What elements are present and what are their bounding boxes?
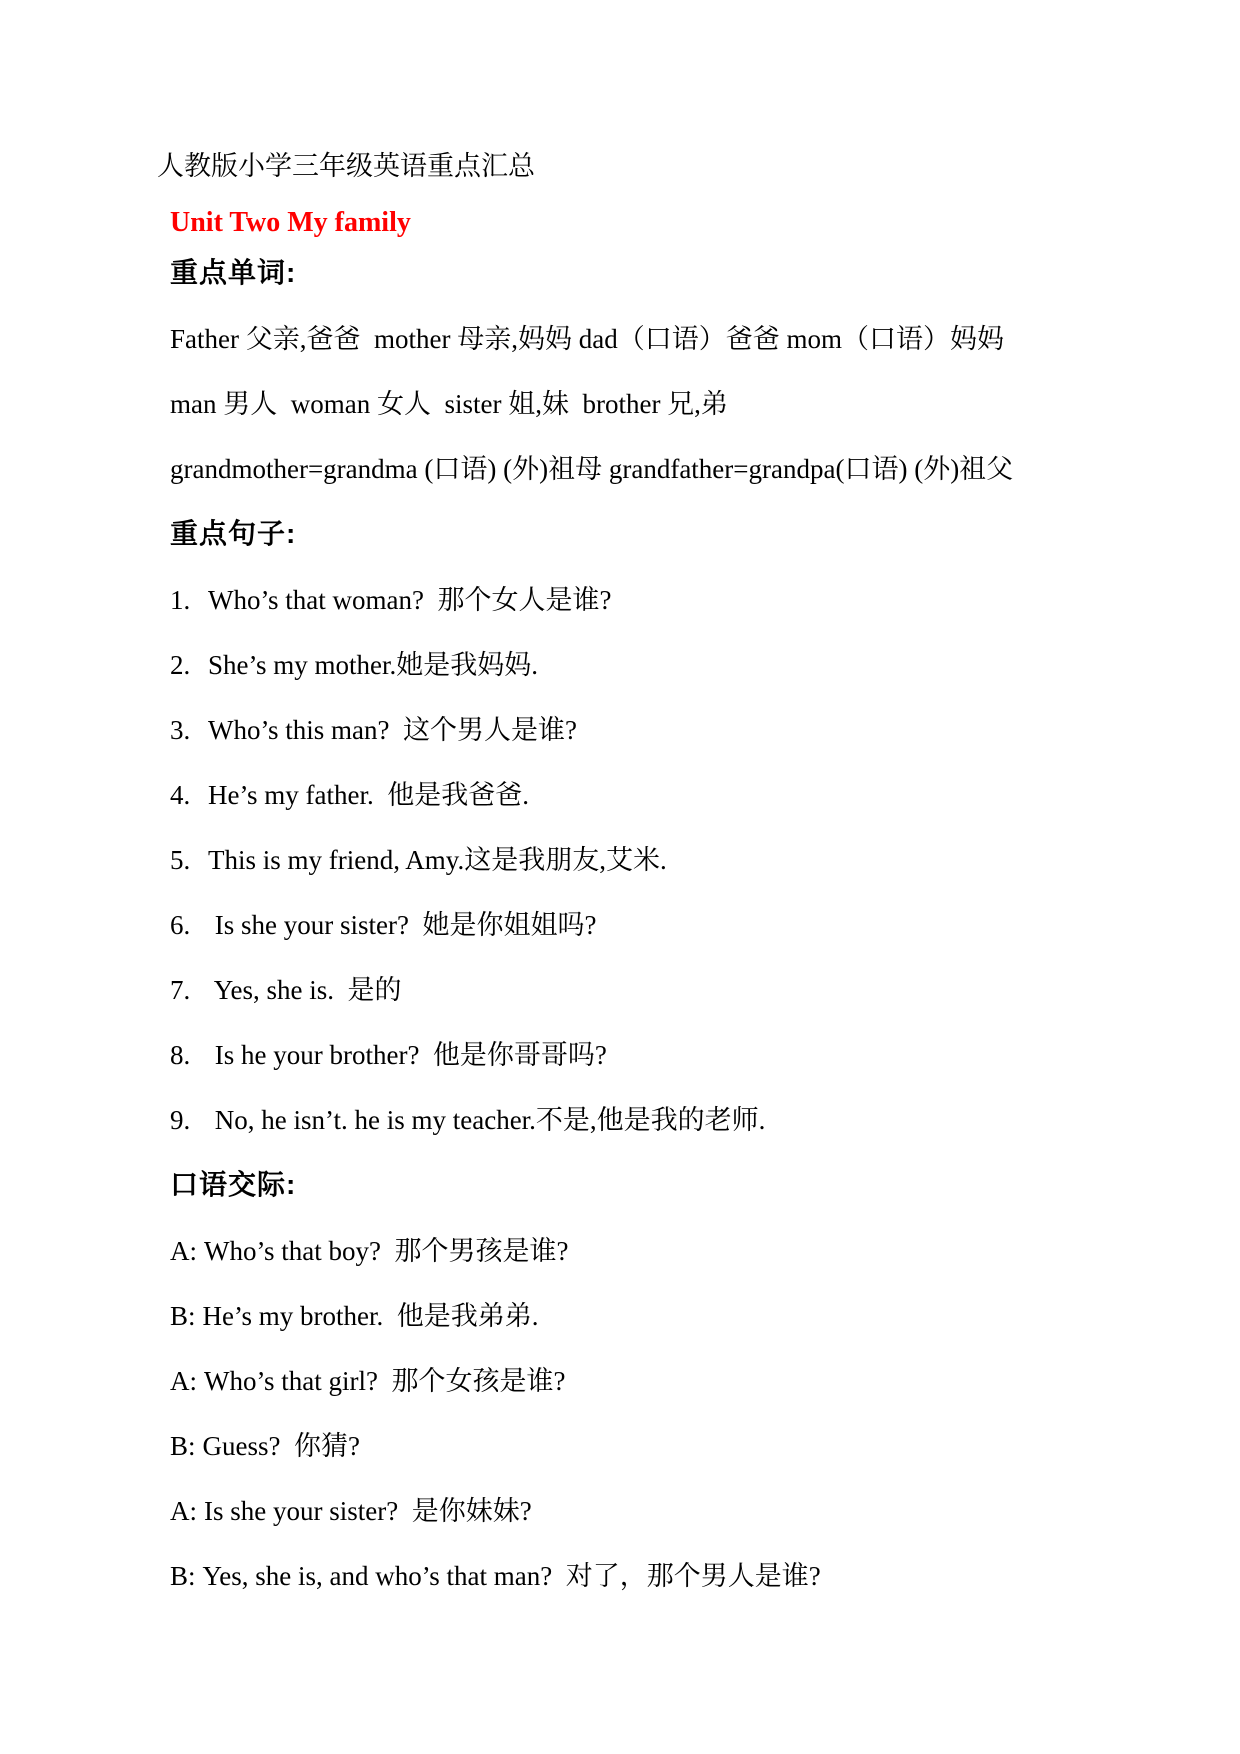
word-line: grandmother=grandma (口语) (外)祖母 grandfath…: [170, 454, 1200, 485]
item-number: 1.: [170, 585, 208, 616]
sentence-item: 3.Who’s this man? 这个男人是谁?: [170, 715, 1200, 746]
speaker-label: B:: [170, 1561, 196, 1591]
document-page: 人教版小学三年级英语重点汇总 Unit Two My family 重点单词: …: [0, 0, 1240, 1754]
item-number: 2.: [170, 650, 208, 681]
item-number: 6.: [170, 910, 208, 941]
item-number: 9.: [170, 1105, 208, 1136]
sentence-item: 6. Is she your sister? 她是你姐姐吗?: [170, 910, 1200, 941]
item-text: He’s my father. 他是我爸爸.: [208, 780, 529, 810]
item-text: Who’s that woman? 那个女人是谁?: [208, 585, 611, 615]
section-heading-key-sentences: 重点句子:: [170, 517, 1200, 551]
item-text: Yes, she is. 是的: [208, 975, 402, 1005]
word-line: man 男人 woman 女人 sister 姐,妹 brother 兄,弟: [170, 389, 1200, 420]
dialog-line: B:He’s my brother. 他是我弟弟.: [170, 1301, 1200, 1332]
speaker-label: A:: [170, 1366, 197, 1396]
sentence-item: 7. Yes, she is. 是的: [170, 975, 1200, 1006]
section-heading-key-words: 重点单词:: [170, 256, 1200, 290]
sentence-item: 9. No, he isn’t. he is my teacher.不是,他是我…: [170, 1105, 1200, 1136]
word-line: Father 父亲,爸爸 mother 母亲,妈妈 dad（口语）爸爸 mom（…: [170, 324, 1200, 355]
section-heading-dialog: 口语交际:: [170, 1168, 1200, 1202]
sentence-item: 1.Who’s that woman? 那个女人是谁?: [170, 585, 1200, 616]
speaker-label: A:: [170, 1236, 197, 1266]
speaker-label: B:: [170, 1301, 196, 1331]
dialog-text: Guess? 你猜?: [203, 1431, 360, 1461]
item-text: Who’s this man? 这个男人是谁?: [208, 715, 577, 745]
sentence-item: 5.This is my friend, Amy.这是我朋友,艾米.: [170, 845, 1200, 876]
dialog-line: A:Is she your sister? 是你妹妹?: [170, 1496, 1200, 1527]
item-number: 5.: [170, 845, 208, 876]
sentence-item: 2.She’s my mother.她是我妈妈.: [170, 650, 1200, 681]
dialog-text: He’s my brother. 他是我弟弟.: [203, 1301, 539, 1331]
item-number: 7.: [170, 975, 208, 1006]
dialog-line: A:Who’s that boy? 那个男孩是谁?: [170, 1236, 1200, 1267]
item-text: She’s my mother.她是我妈妈.: [208, 650, 538, 680]
item-number: 8.: [170, 1040, 208, 1071]
item-text: Is she your sister? 她是你姐姐吗?: [208, 910, 596, 940]
item-text: This is my friend, Amy.这是我朋友,艾米.: [208, 845, 667, 875]
dialog-text: Yes, she is, and who’s that man? 对了，那个男人…: [203, 1561, 821, 1591]
sentence-item: 4.He’s my father. 他是我爸爸.: [170, 780, 1200, 811]
unit-heading: Unit Two My family: [170, 206, 1200, 240]
item-number: 4.: [170, 780, 208, 811]
dialog-line: B:Guess? 你猜?: [170, 1431, 1200, 1462]
item-number: 3.: [170, 715, 208, 746]
dialog-text: Who’s that girl? 那个女孩是谁?: [204, 1366, 565, 1396]
dialog-line: A:Who’s that girl? 那个女孩是谁?: [170, 1366, 1200, 1397]
item-text: Is he your brother? 他是你哥哥吗?: [208, 1040, 607, 1070]
dialog-text: Is she your sister? 是你妹妹?: [204, 1496, 532, 1526]
dialog-line: B:Yes, she is, and who’s that man? 对了，那个…: [170, 1561, 1200, 1592]
sentence-item: 8. Is he your brother? 他是你哥哥吗?: [170, 1040, 1200, 1071]
doc-title: 人教版小学三年级英语重点汇总: [157, 150, 1200, 182]
speaker-label: A:: [170, 1496, 197, 1526]
item-text: No, he isn’t. he is my teacher.不是,他是我的老师…: [208, 1105, 765, 1135]
speaker-label: B:: [170, 1431, 196, 1461]
dialog-text: Who’s that boy? 那个男孩是谁?: [204, 1236, 568, 1266]
